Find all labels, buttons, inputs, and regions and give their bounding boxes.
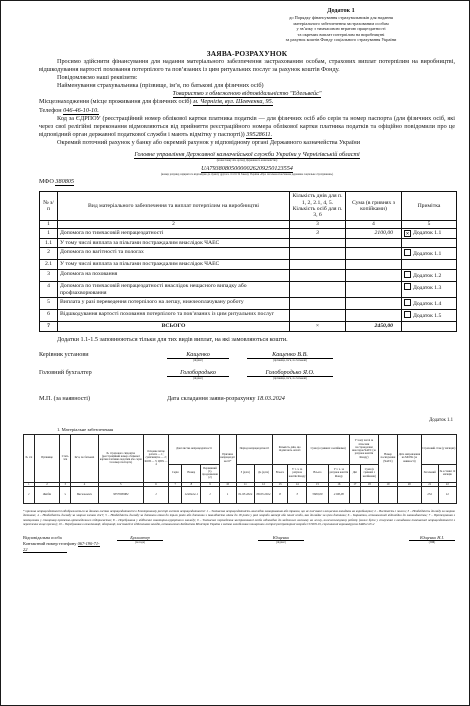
h-days-fund: У т. ч. за рахунок коштів Фонду [288, 464, 307, 482]
row-number: 3 [40, 269, 58, 281]
benefit-type: Допомога на поховання [58, 269, 290, 281]
sum-value [346, 298, 402, 310]
table-row: 1.1 У тому числі виплата за пільгами пос… [40, 238, 457, 248]
days-value [290, 238, 346, 248]
h-days-total: Всього [273, 464, 288, 482]
h-chaes-sum: Сума (в гривнях з копійками) [360, 464, 378, 482]
h-name: Ім’я, по батькові [71, 434, 99, 482]
days-value [290, 281, 346, 298]
director-name: Кащенко В.В. [247, 351, 333, 359]
days-value: 3 [290, 228, 346, 238]
material-support-heading: 1. Матеріальне забезпечення [57, 427, 455, 432]
sum-value [346, 248, 402, 260]
appendices-note: Додатки 1.1-1.5 заповнюються тільки для … [39, 336, 455, 344]
table-row: 6 Відшкодування вартості поховання потер… [40, 310, 457, 322]
cell-pervynnyi: 1 [201, 486, 219, 503]
col-header-sum: Сума (в гривнях з копійками) [346, 192, 402, 221]
h-stazh-group: Страховий стаж (у місяцях) [421, 434, 456, 464]
cell-certificate [378, 486, 397, 503]
table-row: 3 Допомога на поховання Додаток 1.2 [40, 269, 457, 281]
cell-days-total: 8 [273, 486, 288, 503]
footer-signature-caption: (підпис) [258, 541, 304, 544]
total-label: ВСЬОГО [58, 321, 290, 331]
edrpou-value: 39528611. [246, 131, 272, 139]
position-value: Бухгалтер [117, 535, 163, 541]
position-caption: (посада) [117, 541, 163, 544]
mfo-value: 380805 [55, 178, 74, 186]
name-caption: (прізвище, ім’я, по батькові) [247, 377, 333, 380]
row-number: 5 [40, 298, 58, 310]
total-row: 7 ВСЬОГО × 2450,00 [40, 321, 457, 331]
sum-value [346, 260, 402, 270]
document-page: Додаток 1 до Порядку фінансування страху… [0, 0, 470, 706]
cell-msek [398, 486, 422, 503]
cell-chaes-days [350, 486, 361, 503]
h-to: До (дата) [254, 464, 272, 482]
cell-insurance-id: 3057000082 [98, 486, 143, 503]
signature-caption: (підпис) [167, 359, 229, 362]
cell-stazh-12: 12 [438, 486, 456, 503]
h-msek: Дата направлення на МСЕК (за наявності) [398, 434, 422, 482]
phone-value: 046-46-10-10. [63, 107, 99, 115]
checkbox [404, 271, 411, 278]
sum-value: 2100,00 [346, 228, 402, 238]
sum-value [346, 310, 402, 322]
table-row: 2 Допомога по вагітності та пологах Дода… [40, 248, 457, 260]
stamp-date-row: М.П. (за наявності) Дата складання заяви… [39, 395, 455, 402]
h-chaes-days: Дні [350, 464, 361, 482]
h-sex: Стать ч/ж [60, 434, 71, 482]
col-header-num: № з/п [40, 192, 58, 221]
date-label: Дата складання заяви-розрахунку [167, 395, 255, 402]
h-from: З (дата) [236, 464, 254, 482]
h-insurance-id: № страхового свідоцтва (реєстраційний но… [98, 434, 143, 482]
cell-days-fund: 3 [288, 486, 307, 503]
benefit-type: Виплата у разі переведення потерпілого н… [58, 298, 290, 310]
iban-caption: (номер рахунку, відкритого відповідно до… [39, 173, 455, 176]
h-period-group: Період непрацездатності [236, 434, 272, 464]
h-workplace: Основне місце роботи — 1; сумісництво — … [143, 434, 169, 482]
h-num: № з/п [24, 434, 35, 482]
signature-caption: (підпис) [167, 377, 229, 380]
days-value [290, 269, 346, 281]
material-support-table: № з/п Прізвище Стать ч/ж Ім’я, по батько… [23, 434, 457, 504]
note-label: Додаток 1.5 [413, 313, 441, 319]
company-name-value: Товариство з обмеженою відповідальністю … [173, 90, 322, 98]
col-header-days: Кількість днів для п. 1, 2, 2.1, 4, 5. К… [290, 192, 346, 221]
note-empty [402, 238, 457, 248]
intro-paragraph: Просимо здійснити фінансування для надан… [39, 58, 455, 74]
cell-num: 1 [24, 486, 35, 503]
accountant-signature: Голобородько [167, 369, 229, 377]
stamp-label: М.П. (за наявності) [39, 395, 167, 402]
total-sum: 2450,00 [346, 321, 402, 331]
benefits-table-header-row: № з/п Вид матеріального забезпечення та … [40, 192, 457, 221]
role-label: Керівник установи [39, 351, 167, 358]
h-sick-leave-group: Дані листка непрацездатності [169, 434, 219, 464]
col-num: 3 [290, 220, 346, 228]
column-number-row: 1 2 3 4 5 [40, 220, 457, 228]
account-paragraph: Окремий поточний рахунок у банку або окр… [39, 139, 455, 147]
benefits-table: № з/п Вид матеріального забезпечення та … [39, 191, 457, 332]
benefit-type: Допомога по вагітності та пологах [58, 248, 290, 260]
note-label: Додаток 1.1 [413, 230, 441, 236]
checkbox [404, 311, 411, 318]
cause-codes-footnote: * причина непрацездатності відображаєтьс… [23, 509, 455, 527]
footer-name-caption: (ПІБ) [409, 541, 455, 544]
row-number: 1.1 [40, 238, 58, 248]
cell-stazh-total: 252 [421, 486, 438, 503]
table-row: 5 Виплата у разі переведення потерпілого… [40, 298, 457, 310]
treasury-caption: (назва банку або органу Державного казна… [39, 159, 455, 162]
insurer-name-label: Найменування страхувальника (прізвище, і… [39, 82, 455, 90]
row-number: 1 [40, 228, 58, 238]
role-label: Головний бухгалтер [39, 369, 167, 376]
table-row: 4 Допомога по тимчасовій непрацездатност… [40, 281, 457, 298]
table-row: 2.1 У тому числі виплата за пільгами пос… [40, 260, 457, 270]
cell-cause: 1 [219, 486, 236, 503]
footer-name: Ющенко Н.І. [409, 535, 455, 541]
cell-from: 01.03.2024 [236, 486, 254, 503]
cell-sum-fund: 2100,00 [328, 486, 349, 503]
h-cause: Причина непрацездатності* [219, 434, 236, 482]
col-num: 4 [346, 220, 402, 228]
accountant-name: Голобородько Я.О. [247, 369, 333, 377]
col-header-type: Вид матеріального забезпечення та виплат… [58, 192, 290, 221]
appendix-footer: Відповідальна особа Контактний номер тел… [23, 535, 455, 553]
location-label: Місцезнаходження (місце проживання для ф… [39, 98, 191, 105]
page-title: ЗАЯВА-РОЗРАХУНОК [39, 49, 455, 58]
appendix-note-line: за рахунок коштів Фонду соціального стра… [227, 37, 455, 43]
date-value: 18.03.2024 [257, 395, 285, 402]
cell-name: Васильович [71, 486, 99, 503]
total-days: × [290, 321, 346, 331]
application-section: Додаток 1 до Порядку фінансування страху… [39, 7, 455, 402]
sum-value [346, 281, 402, 298]
h-surname: Прізвище [34, 434, 60, 482]
requisites-announce: Повідомляємо наші реквізити: [39, 74, 455, 82]
appendix-reference-block: Додаток 1 до Порядку фінансування страху… [227, 7, 455, 43]
days-value [290, 310, 346, 322]
col-header-note: Примітка [402, 192, 457, 221]
note-label: Додаток 1.1 [413, 251, 441, 257]
days-value [290, 260, 346, 270]
name-caption: (прізвище, ім’я, по батькові) [247, 359, 333, 362]
h-nomer: Номер [182, 464, 201, 482]
cell-seria [169, 486, 182, 503]
h-sum-group: Сума (в гривнях з копійками) [307, 434, 350, 464]
cell-to: 08.03.2024 [254, 486, 272, 503]
data-row: 1 Жабін ч Васильович 3057000082 1 124042… [24, 486, 457, 503]
cell-sex: ч [60, 486, 71, 503]
checkbox [404, 249, 411, 256]
sum-value [346, 238, 402, 248]
note-label: Додаток 1.3 [413, 285, 441, 291]
note-label: Додаток 1.4 [413, 301, 441, 307]
benefit-type: У тому числі виплата за пільгами постраж… [58, 260, 290, 270]
checkbox [404, 299, 411, 306]
contact-phone-label: Контактний номер телефону [23, 541, 76, 546]
benefit-type: У тому числі виплата за пільгами постраж… [58, 238, 290, 248]
cell-workplace: 1 [143, 486, 169, 503]
days-value [290, 298, 346, 310]
h-sum-total: Всього [307, 464, 328, 482]
benefit-type: Допомога по тимчасовій непрацездатності … [58, 281, 290, 298]
appendix-1-1-section: Додаток 1.1 1. Матеріальне забезпечення … [23, 418, 455, 553]
cell-nomer: 1240424-1 [182, 486, 201, 503]
director-signature: Кащенко [167, 351, 229, 359]
col-num: 5 [402, 220, 457, 228]
h-seria: Серія [169, 464, 182, 482]
appendix-label: Додаток 1 [227, 7, 455, 14]
signature-row-director: Керівник установи Кащенко (підпис) Кащен… [39, 351, 455, 362]
sum-value [346, 269, 402, 281]
col-num: 1 [40, 220, 58, 228]
row-number: 2 [40, 248, 58, 260]
note-label: Додаток 1.2 [413, 273, 441, 279]
signature-row-accountant: Головний бухгалтер Голобородько (підпис)… [39, 369, 455, 380]
cell-surname: Жабін [34, 486, 60, 503]
row-number: 6 [40, 310, 58, 322]
mfo-label: МФО [39, 178, 54, 185]
h-pervynnyi: Первинний (1), продовження (2) [201, 464, 219, 482]
group-header-row: № з/п Прізвище Стать ч/ж Ім’я, по батько… [24, 434, 457, 464]
note-empty [402, 260, 457, 270]
h-stazh-12: За останні 12 місяців [438, 464, 456, 482]
note-empty [402, 321, 457, 331]
h-days-group: Кількість днів, що підлягають оплаті [273, 434, 307, 464]
col-num: 2 [58, 220, 290, 228]
iban-value: UA793808050000026209250123554 [201, 165, 293, 173]
benefit-type: Відшкодування вартості поховання потерпі… [58, 310, 290, 322]
treasury-name-value: Головне управління Державної казначейськ… [134, 151, 359, 159]
benefit-type: Допомога по тимчасовій непрацездатності [58, 228, 290, 238]
checkbox [404, 283, 411, 290]
checkbox-checked: ✕ [404, 230, 411, 237]
cell-chaes-sum [360, 486, 378, 503]
row-number: 2.1 [40, 260, 58, 270]
row-number: 4 [40, 281, 58, 298]
phone-label: Телефон [39, 107, 62, 114]
cell-sum-total: 5600,00 [307, 486, 328, 503]
table-row: 1 Допомога по тимчасовій непрацездатност… [40, 228, 457, 238]
row-number: 7 [40, 321, 58, 331]
days-value [290, 248, 346, 260]
h-certificate: Номер посвідчення (ЧАЕС) [378, 434, 397, 482]
location-value: м. Чернігів, вул. Шевченка, 95. [193, 98, 273, 106]
h-chaes-group: У тому числі за пільгами постраждалим вн… [350, 434, 379, 464]
appendix-1-1-label: Додаток 1.1 [23, 418, 453, 423]
h-stazh-total: Загальний [421, 464, 438, 482]
h-sum-fund: У т. ч. за рахунок коштів Фонду [328, 464, 349, 482]
footer-signature: Ющенко [258, 535, 304, 541]
